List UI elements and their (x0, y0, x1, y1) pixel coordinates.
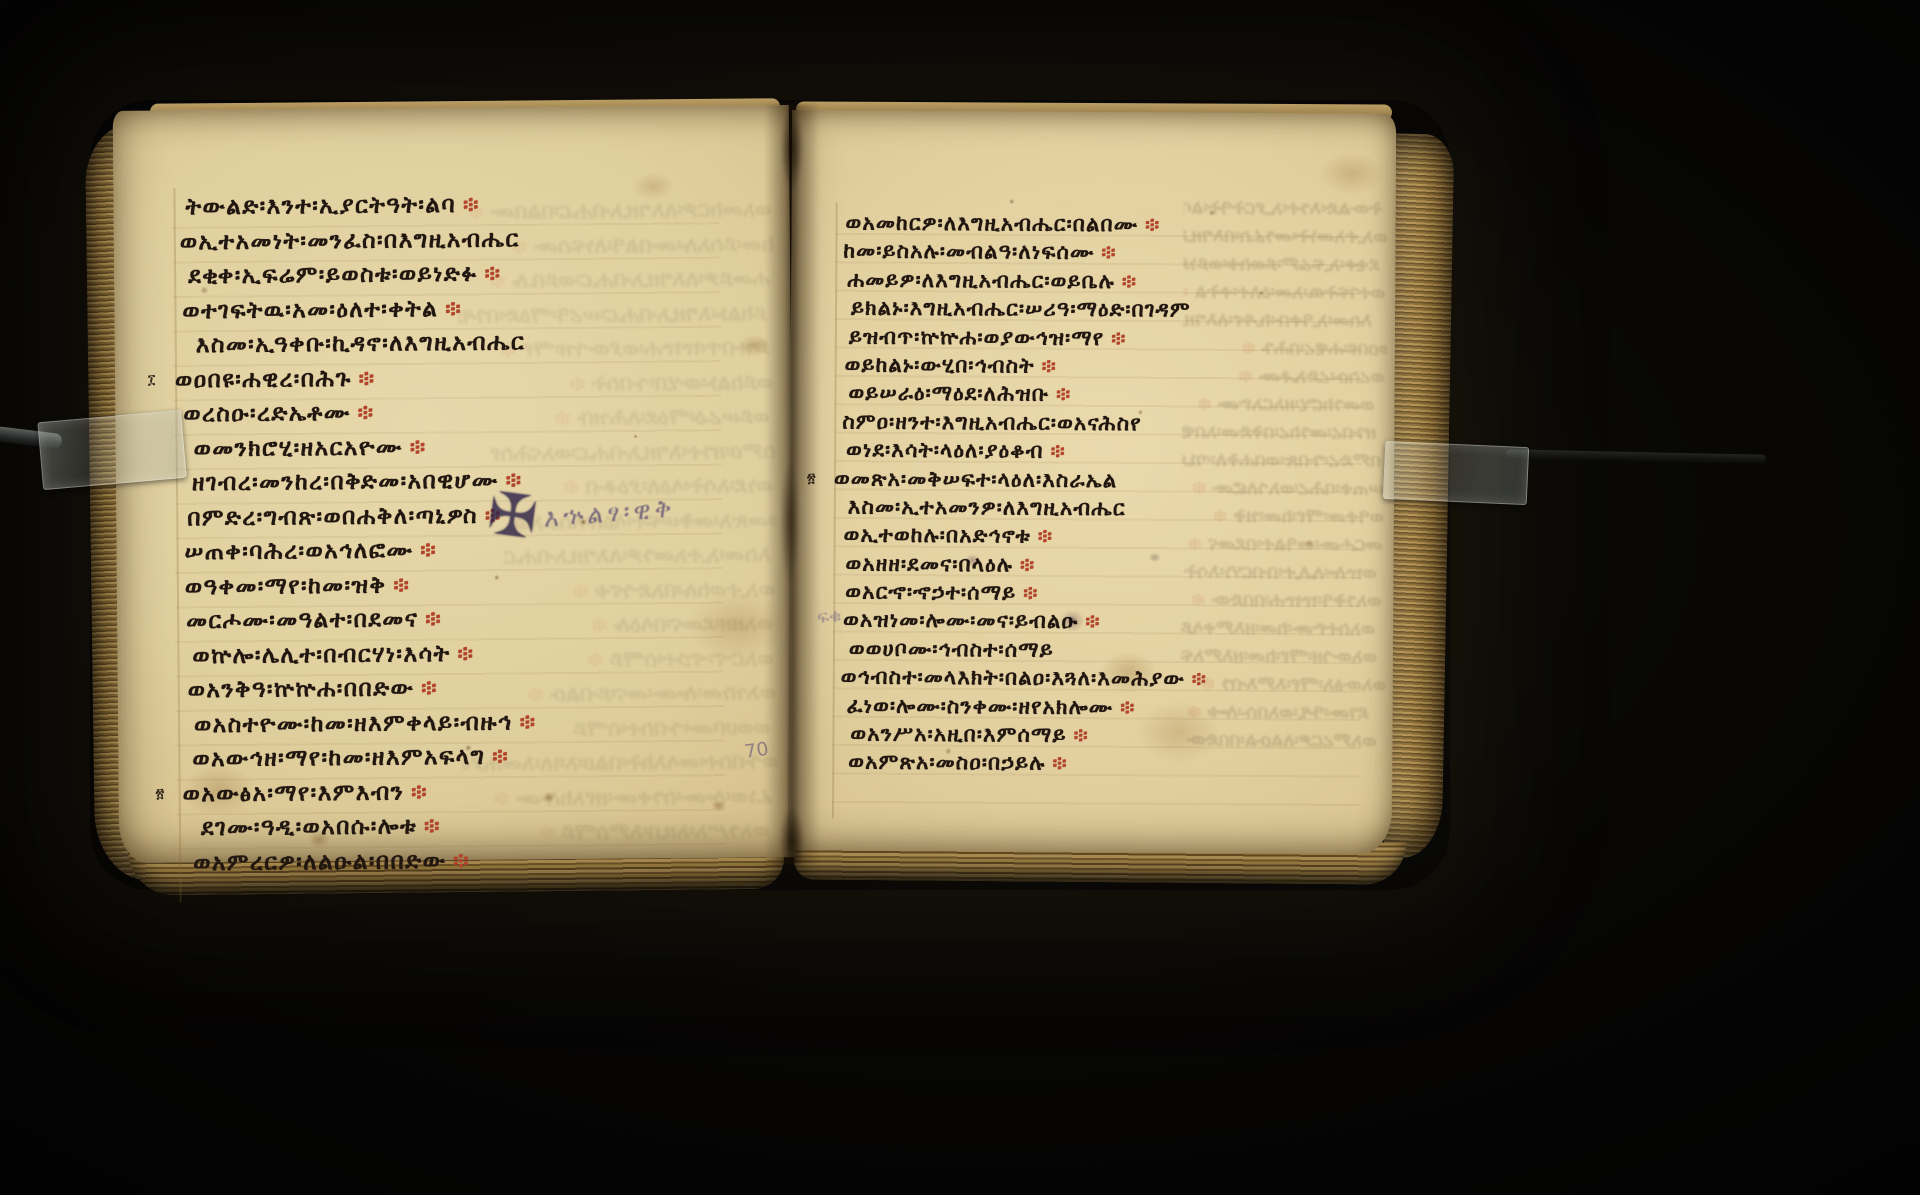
bleedthrough-text-right: ትውልድ፡እንተ፡ኢያርትዓት፡ልባ፨ወኢተአመነት፡መንፈስ፡በእግዚአብሔር… (1180, 197, 1388, 782)
line-text: ወረስዑ፡ረድኤቶሙ (183, 400, 351, 427)
rubric-end-mark: ፨ (513, 710, 537, 735)
rubric-end-mark: ፨ (1044, 439, 1066, 463)
rubric-end-mark: ፨ (555, 406, 577, 430)
line-text: ወኢተወከሉ፡በአድኅኖቱ (595, 577, 775, 604)
rubric-end-mark: ፨ (403, 435, 427, 460)
line-text: ወአውፅአ፡ማየ፡እምእብን (1221, 673, 1387, 696)
line-text: ትውልድ፡እንተ፡ኢያርትዓት፡ልባ (1180, 197, 1381, 220)
manuscript-line: ደቂቀ፡ኢፍሬም፡ይወስቱ፡ወይነድፉ፨ (1183, 253, 1379, 282)
line-text: ሠጠቀ፡ባሕረ፡ወአኅለፎሙ (184, 537, 413, 565)
rubric-end-mark: ፨ (404, 780, 428, 805)
manuscript-line: ወአውኅዘ፡ማየ፡ከመ፡ዘእምአፍላግ፨ (192, 743, 537, 781)
rubric-end-mark: ፨ (414, 676, 438, 701)
line-text: ፈነወ፡ሎሙ፡ስንቀሙ፡ዘየአክሎሙ (847, 693, 1114, 719)
rubric-end-mark: ፨ (1113, 695, 1135, 719)
rubric-end-mark: ፨ (1138, 212, 1160, 236)
line-text: ሐመይዎ፡ለእግዚአብሔር፡ወይቤሉ (847, 267, 1115, 293)
manuscript-line: ዘገብረ፡መንከረ፡በቅድመ፡አበዊሆሙ፨ (1182, 421, 1376, 450)
manuscript-line: ወአምረርዎ፡ለልዑል፡በበድው፨ (193, 847, 538, 885)
manuscript-line: ወነደ፡እሳት፡ላዕለ፡ያዕቆብ፨ (846, 438, 1208, 469)
gutter-shadow (764, 104, 820, 864)
line-text: ዘገብረ፡መንከረ፡በቅድመ፡አበዊሆሙ (1180, 420, 1376, 443)
line-text: ይዝብጥ፡ኵኵሐ፡ወያውኅዝ፡ማየ (849, 324, 1105, 350)
rubric-end-mark: ፨ (1078, 609, 1100, 633)
line-text: ወአንሥአ፡አዚበ፡እምሰማይ (561, 818, 769, 845)
manuscript-line: ፳ወመጽአ፡መቅሠፍተ፡ላዕለ፡እስራኤል (834, 466, 1208, 497)
manuscript-line: ወአዝነመ፡ሎሙ፡መና፡ይብልዑ፨ (843, 608, 1207, 639)
line-text: ትውልድ፡እንተ፡ኢያርትዓት፡ልባ (185, 192, 456, 220)
manuscript-line: ወአርኆ፡ኆኃተ፡ሰማይ፨ (845, 580, 1207, 611)
manuscript-line: ከመ፡ይስአሉ፡መብልዓ፡ለነፍሰሙ፨ (843, 239, 1209, 270)
line-text: ሐመይዎ፡ለእግዚአብሔር፡ወይቤሉ (512, 266, 770, 293)
manuscript-line: ወወሀቦሙ፡ኅብስተ፡ሰማይ (849, 636, 1207, 667)
line-text: ደቂቀ፡ኢፍሬም፡ይወስቱ፡ወይነድፉ (1180, 252, 1379, 275)
manuscript-line: እስመ፡ኢዓቀቡ፡ኪዳኖ፡ለእግዚአብሔር (1183, 309, 1372, 338)
line-text: ወአዝነመ፡ሎሙ፡መና፡ይብልዑ (549, 680, 776, 707)
manuscript-line: ወአምጽአ፡መስዐ፡በኃይሉ፨ (848, 750, 1206, 781)
manuscript-line: ወመንክሮሂ፡ዘአርአዮሙ፨ (194, 433, 535, 470)
manuscript-line: ወኢተአመነት፡መንፈስ፡በእግዚአብሔር (180, 226, 533, 264)
line-text: ይክልኑ፡እግዚአብሔር፡ሠሪዓ፡ማዕድ፡በገዳም (851, 296, 1191, 322)
rubric-end-mark: ፨ (1094, 240, 1116, 264)
manuscript-line: ወተገፍትዉ፡አመ፡ዕለተ፡ቀትል፨ (1183, 281, 1385, 310)
rubric-end-mark: ፨ (1013, 552, 1035, 576)
line-text: ይዝብጥ፡ኵኵሐ፡ወያውኅዝ፡ማየ (523, 335, 769, 362)
rubric-end-mark: ፨ (352, 366, 376, 391)
rubric-end-mark: ፨ (1045, 751, 1067, 775)
manuscript-line: ወኵሎ፡ሌሊተ፡በብርሃነ፡እሳት፨ (192, 640, 536, 677)
rubric-end-mark: ፨ (485, 745, 509, 770)
rubric-end-mark: ፨ (418, 607, 442, 632)
line-text: ወአዘዘ፡ደመና፡በላዕሉ (845, 551, 1013, 576)
rubric-end-mark: ፨ (1185, 667, 1207, 691)
line-text: እስመ፡ኢተአመንዎ፡ለእግዚአብሔር (848, 494, 1126, 520)
line-text: ወአውፅአ፡ማየ፡እምእብን (183, 779, 405, 807)
line-text: ወአዘዘ፡ደመና፡በላዕሉ (614, 611, 773, 637)
line-text: ወአውኅዘ፡ማየ፡ከመ፡ዘእምአፍላግ (192, 744, 485, 773)
verse-number-margin: ፳ (156, 786, 165, 801)
line-text: ወዓቀመ፡ማየ፡ከመ፡ዝቅ (1233, 505, 1384, 528)
line-text: ወአስተዮሙ፡ከመ፡ዘእምቀላይ፡ብዙኅ (194, 709, 513, 738)
manuscript-line: ደቂቀ፡ኢፍሬም፡ይወስቱ፡ወይነድፉ፨ (188, 260, 533, 298)
rubric-end-mark: ፨ (573, 578, 595, 602)
line-text: ደገሙ፡ዓዲ፡ወአበሱ፡ሎቱ (201, 813, 417, 841)
line-text: ወዐበዩ፡ሐዊረ፡በሕጉ (175, 365, 352, 393)
manuscript-line: ወአምረርዎ፡ለልዑል፡በበድው፨ (1180, 729, 1376, 758)
line-text: ወአንቅዓ፡ኵኵሐ፡በበድው (188, 675, 415, 703)
rubric-end-mark: ፨ (417, 814, 441, 839)
manuscript-line: ወአስተዮሙ፡ከመ፡ዘእምቀላይ፡ብዙኅ፨ (1181, 617, 1375, 646)
line-text: ወኅብስተ፡መላእክት፡በልዐ፡እጓለ፡እመሕያው (841, 665, 1185, 691)
left-page: ወአመከርዎ፡ለእግዚአብሔር፡በልበሙ፨ከመ፡ይስአሉ፡መብልዓ፡ለነፍሰሙ፨… (113, 105, 796, 863)
line-text: ወይሠራዕ፡ማዕደ፡ለሕዝቡ (848, 381, 1049, 406)
manuscript-line: ወአመከርዎ፡ለእግዚአብሔር፡በልበሙ፨ (845, 210, 1209, 241)
rubric-end-mark: ፨ (592, 613, 614, 637)
line-text: ወአርኆ፡ኆኃተ፡ሰማይ (845, 580, 1016, 605)
line-text: ወወሀቦሙ፡ኅብስተ፡ሰማይ (573, 715, 770, 742)
line-text: ወአስተዮሙ፡ከመ፡ዘእምቀላይ፡ብዙኅ (1180, 616, 1375, 639)
rubric-end-mark: ፨ (413, 538, 437, 563)
line-text: ደቂቀ፡ኢፍሬም፡ይወስቱ፡ወይነድፉ (188, 261, 478, 290)
manuscript-line: ወአዘዘ፡ደመና፡በላዕሉ፨ (845, 551, 1207, 582)
manuscript-line: ወአንቅዓ፡ኵኵሐ፡በበድው፨ (188, 674, 537, 712)
manuscript-line: ወተገፍትዉ፡አመ፡ዕለተ፡ቀትል፨ (182, 295, 533, 333)
metal-rod-right (1506, 449, 1766, 463)
rubric-end-mark: ፨ (570, 371, 592, 395)
handwritten-gutter-annotation: ፍቁ (816, 605, 842, 628)
rubric-end-mark: ፨ (588, 647, 610, 671)
line-text: ወአምረርዎ፡ለልዑል፡በበድው (1187, 729, 1376, 752)
manuscript-line: ሐመይዎ፡ለእግዚአብሔር፡ወይቤሉ፨ (847, 267, 1209, 298)
rubric-end-mark: ፨ (1067, 723, 1089, 747)
rubric-end-mark: ፨ (450, 641, 474, 666)
line-text: በምድረ፡ግብጽ፡ወበሐቅለ፡ጣኒዎስ (187, 502, 478, 531)
rubric-end-mark: ፨ (386, 573, 410, 598)
line-text: ከመ፡ይስአሉ፡መብልዓ፡ለነፍሰሙ (533, 232, 774, 259)
line-text: ፈነወ፡ሎሙ፡ስንቀሙ፡ዘየአክሎሙ (516, 784, 773, 811)
line-text: ወይሠራዕ፡ማዕደ፡ለሕዝቡ (577, 404, 770, 431)
verse-number-margin: ፲ (148, 372, 155, 387)
rubric-end-mark: ፨ (456, 193, 480, 218)
manuscript-line: ወኅብስተ፡መላእክት፡በልዐ፡እጓለ፡እመሕያው፨ (841, 665, 1207, 696)
line-text: ወአንቅዓ፡ኵኵሐ፡በበድው (1212, 589, 1382, 612)
ink-stamp-cross-icon: ✠ (484, 479, 541, 553)
manuscript-line: ሠጠቀ፡ባሕረ፡ወአኅለፎሙ፨ (1182, 477, 1384, 506)
manuscript-line: ወረስዑ፡ረድኤቶሙ፨ (183, 398, 534, 436)
manuscript-line: ደገሙ፡ዓዲ፡ወአበሱ፡ሎቱ፨ (1180, 701, 1368, 730)
line-text: ወአመከርዎ፡ለእግዚአብሔር፡በልበሙ (846, 210, 1139, 236)
manuscript-line: ፲ወዐበዩ፡ሐዊረ፡በሕጉ፨ (1183, 337, 1388, 366)
photograph-scene: ወአመከርዎ፡ለእግዚአብሔር፡በልበሙ፨ከመ፡ይስአሉ፡መብልዓ፡ለነፍሰሙ፨… (0, 0, 1920, 1195)
manuscript-line: ትውልድ፡እንተ፡ኢያርትዓት፡ልባ፨ (185, 191, 532, 229)
manuscript-line: ፈነወ፡ሎሙ፡ስንቀሙ፡ዘየአክሎሙ፨ (847, 693, 1207, 724)
line-text: ወአምጽአ፡መስዐ፡በኃይሉ (848, 750, 1045, 775)
manuscript-line: ፳ወአውፅአ፡ማየ፡እምእብን፨ (183, 778, 538, 816)
line-text: ወይከልኑ፡ውሂበ፡ኅብስት (592, 370, 774, 397)
manuscript-line: ዘገብረ፡መንከረ፡በቅድመ፡አበዊሆሙ፨ (192, 467, 535, 504)
line-text: እስመ፡ኢተአመንዎ፡ለእግዚአብሔር (503, 542, 770, 569)
line-text: ወነደ፡እሳት፡ላዕለ፡ያዕቆብ (585, 473, 772, 500)
line-text: ወይከልኑ፡ውሂበ፡ኅብስት (845, 352, 1035, 377)
manuscript-line: ወዓቀመ፡ማየ፡ከመ፡ዝቅ፨ (1182, 505, 1384, 534)
line-text: ወአምረርዎ፡ለልዑል፡በበድው (193, 848, 446, 876)
right-text-block: ወአመከርዎ፡ለእግዚአብሔር፡በልበሙ፨ከመ፡ይስአሉ፡መብልዓ፡ለነፍሰሙ፨… (840, 210, 1210, 780)
rubric-end-mark: ፨ (1242, 338, 1262, 359)
line-text: ወረስዑ፡ረድኤቶሙ (1259, 365, 1385, 388)
line-text: ወመንክሮሂ፡ዘአርአዮሙ (1218, 393, 1375, 416)
rubric-end-mark: ፨ (1214, 506, 1234, 527)
line-text: ስምዐ፡ዘንተ፡እግዚአብሔር፡ወአናሕስየ (842, 409, 1142, 435)
line-text: ወአርኆ፡ኆኃተ፡ሰማይ (609, 646, 773, 672)
manuscript-line: ይዝብጥ፡ኵኵሐ፡ወያውኅዝ፡ማየ፨ (849, 324, 1209, 355)
line-text: ወዓቀመ፡ማየ፡ከመ፡ዝቅ (185, 572, 387, 600)
line-text: እስመ፡ኢዓቀቡ፡ኪዳኖ፡ለእግዚአብሔር (196, 329, 526, 358)
line-text: ወኢተወከሉ፡በአድኅኖቱ (844, 523, 1031, 548)
rubric-end-mark: ፨ (1115, 269, 1137, 293)
manuscript-line: እስመ፡ኢዓቀቡ፡ኪዳኖ፡ለእግዚአብሔር (196, 329, 534, 366)
manuscript-line: እስመ፡ኢተአመንዎ፡ለእግዚአብሔር (848, 494, 1208, 525)
rubric-end-mark: ፨ (540, 820, 562, 844)
rubric-end-mark: ፨ (446, 848, 470, 873)
manuscript-line: ወአንቅዓ፡ኵኵሐ፡በበድው፨ (1181, 589, 1381, 618)
rubric-end-mark: ፨ (438, 296, 462, 321)
line-text: ወወሀቦሙ፡ኅብስተ፡ሰማይ (849, 636, 1054, 661)
manuscript-line: በምድረ፡ግብጽ፡ወበሐቅለ፡ጣኒዎስ፨ (187, 502, 535, 540)
page-weight-left (37, 410, 186, 490)
rubric-end-mark: ፨ (564, 475, 586, 499)
manuscript-line: ወይከልኑ፡ውሂበ፡ኅብስት፨ (845, 352, 1209, 383)
line-text: ወአዝነመ፡ሎሙ፡መና፡ይብልዑ (843, 608, 1078, 633)
rubric-end-mark: ፨ (351, 401, 375, 426)
line-text: ወዐበዩ፡ሐዊረ፡በሕጉ (1262, 337, 1388, 360)
line-text: ወነደ፡እሳት፡ላዕለ፡ያዕቆብ (846, 438, 1044, 463)
line-text: ወአመከርዎ፡ለእግዚአብሔር፡በልበሙ (490, 197, 772, 224)
rubric-end-mark: ፨ (1035, 354, 1057, 378)
line-text: ሠጠቀ፡ባሕረ፡ወአኅለፎሙ (1212, 477, 1384, 500)
line-text: ወአውኅዘ፡ማየ፡ከመ፡ዘእምአፍላግ (1180, 644, 1377, 667)
line-text: መርሖሙ፡መዓልተ፡በደመና (186, 606, 418, 634)
page-weight-right (1383, 441, 1529, 505)
line-text: ወተገፍትዉ፡አመ፡ዕለተ፡ቀትል (1195, 281, 1385, 304)
manuscript-line: ወአስተዮሙ፡ከመ፡ዘእምቀላይ፡ብዙኅ፨ (194, 709, 537, 746)
manuscript-line: በምድረ፡ግብጽ፡ወበሐቅለ፡ጣኒዎስ፨ (1182, 449, 1381, 478)
manuscript-line: ወኢተወከሉ፡በአድኅኖቱ፨ (844, 523, 1208, 554)
manuscript-line: ወረስዑ፡ረድኤቶሙ፨ (1183, 365, 1385, 394)
rubric-end-mark: ፨ (1239, 366, 1259, 387)
line-text: ወኢተአመነት፡መንፈስ፡በእግዚአብሔር (180, 226, 520, 255)
line-text: ወመጽአ፡መቅሠፍተ፡ላዕለ፡እስራኤል (834, 466, 1117, 492)
line-text: መርሖሙ፡መዓልተ፡በደመና (1208, 533, 1383, 556)
manuscript-line: ወአንሥአ፡አዚበ፡እምሰማይ፨ (850, 722, 1206, 753)
line-text: ከመ፡ይስአሉ፡መብልዓ፡ለነፍሰሙ (843, 239, 1094, 265)
manuscript-line: ወይሠራዕ፡ማዕደ፡ለሕዝቡ፨ (848, 381, 1208, 412)
line-text: ወተገፍትዉ፡አመ፡ዕለተ፡ቀትል (182, 296, 438, 324)
manuscript-line: ወአውኅዘ፡ማየ፡ከመ፡ዘእምአፍላግ፨ (1181, 645, 1377, 674)
manuscript-line: ወኵሎ፡ሌሊተ፡በብርሃነ፡እሳት፨ (1181, 561, 1376, 590)
manuscript-line: ወዓቀመ፡ማየ፡ከመ፡ዝቅ፨ (185, 571, 536, 609)
margin-rule-right (832, 202, 838, 818)
manuscript-line: መርሖሙ፡መዓልተ፡በደመና፨ (1182, 533, 1383, 562)
rubric-end-mark: ፨ (1016, 581, 1038, 605)
line-text: ወኵሎ፡ሌሊተ፡በብርሃነ፡እሳት (1184, 561, 1376, 584)
line-text: በምድረ፡ግብጽ፡ወበሐቅለ፡ጣኒዎስ (1180, 448, 1381, 471)
rubric-end-mark: ፨ (1104, 326, 1126, 350)
manuscript-line: ወኢተአመነት፡መንፈስ፡በእግዚአብሔር (1183, 225, 1387, 254)
line-text: ዘገብረ፡መንከረ፡በቅድመ፡አበዊሆሙ (192, 468, 499, 497)
line-text: ወአንሥአ፡አዚበ፡እምሰማይ (850, 722, 1066, 747)
rubric-end-mark: ፨ (1031, 524, 1053, 548)
line-text: ደገሙ፡ዓዲ፡ወአበሱ፡ሎቱ (1207, 701, 1368, 724)
manuscript-line: ደገሙ፡ዓዲ፡ወአበሱ፡ሎቱ፨ (201, 812, 538, 849)
rubric-end-mark: ፨ (1049, 382, 1071, 406)
line-text: ወመንክሮሂ፡ዘአርአዮሙ (194, 434, 403, 462)
manuscript-line: ትውልድ፡እንተ፡ኢያርትዓት፡ልባ፨ (1184, 197, 1382, 226)
line-text: ወኵሎ፡ሌሊተ፡በብርሃነ፡እሳት (192, 641, 450, 669)
line-text: ወኢተአመነት፡መንፈስ፡በእግዚአብሔር (1180, 224, 1387, 248)
rubric-end-mark: ፨ (477, 262, 501, 287)
manuscript-line: ወመንክሮሂ፡ዘአርአዮሙ፨ (1182, 393, 1374, 422)
handwritten-stamp-annotation: እኍልፃ፡ዊቅ (544, 493, 676, 533)
right-page: ትውልድ፡እንተ፡ኢያርትዓት፡ልባ፨ወኢተአመነት፡መንፈስ፡በእግዚአብሔር… (788, 110, 1397, 854)
manuscript-line: መርሖሙ፡መዓልተ፡በደመና፨ (186, 605, 536, 643)
manuscript-line: ስምዐ፡ዘንተ፡እግዚአብሔር፡ወአናሕስየ (842, 409, 1208, 440)
manuscript-line: ፳ወአውፅአ፡ማየ፡እምእብን፨ (1181, 673, 1387, 702)
manuscript-line: ፲ወዐበዩ፡ሐዊረ፡በሕጉ፨ (175, 364, 534, 402)
manuscript-line: ሠጠቀ፡ባሕረ፡ወአኅለፎሙ፨ (184, 536, 535, 574)
manuscript-line: ይክልኑ፡እግዚአብሔር፡ሠሪዓ፡ማዕድ፡በገዳም (851, 296, 1209, 327)
